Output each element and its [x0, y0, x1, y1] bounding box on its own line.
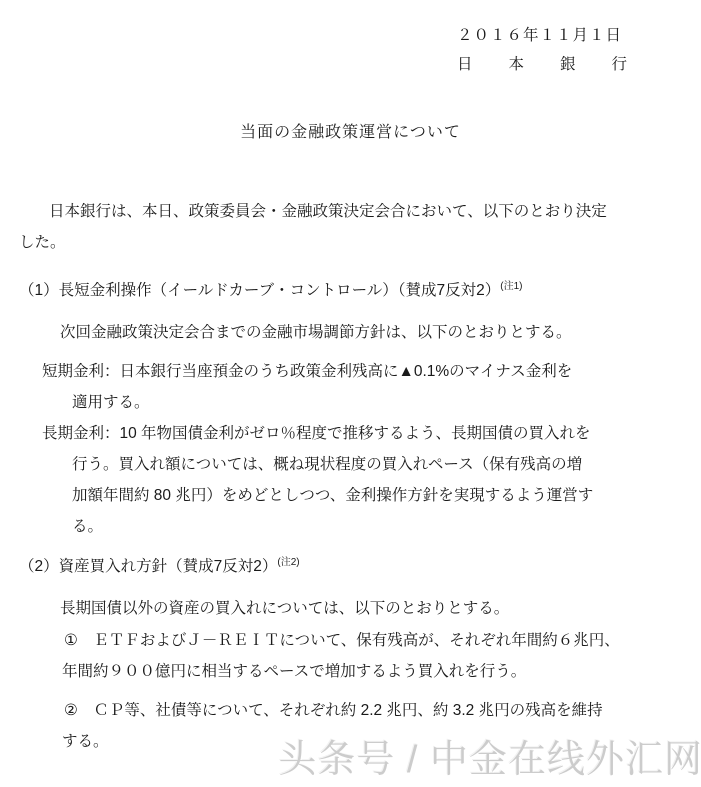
- section1-footnote-ref: (注1): [500, 281, 522, 292]
- short-rate-line-2: 適用する。: [19, 387, 701, 418]
- issuer-name: 日 本 銀 行: [457, 55, 627, 75]
- item2-line-1: ② ＣＰ等、社債等について、それぞれ約 2.2 兆円、約 3.2 兆円の残高を維…: [19, 695, 701, 726]
- section2-heading-text: （2）資産買入れ方針（賛成7反対2）: [19, 558, 277, 575]
- short-rate-line-1: 短期金利：日本銀行当座預金のうち政策金利残高に▲0.1%のマイナス金利を: [19, 356, 701, 387]
- issuer-char: 行: [611, 55, 627, 75]
- intro-line-1: 日本銀行は、本日、政策委員会・金融政策決定会合において、以下のとおり決定: [19, 196, 701, 227]
- issuer-char: 日: [457, 55, 473, 75]
- section2-heading: （2）資産買入れ方針（賛成7反対2）(注2): [19, 551, 701, 584]
- section2-footnote-ref: (注2): [277, 557, 299, 568]
- item1-line-2: 年間約９００億円に相当するペースで増加するよう買入れを行う。: [19, 656, 701, 687]
- long-rate-line-3: 加額年間約 80 兆円）をめどとしつつ、金利操作方針を実現するよう運営す: [19, 480, 701, 511]
- document-title: 当面の金融政策運営について: [0, 121, 701, 145]
- item1-line-1: ① ＥＴＦおよびＪ－ＲＥＩＴについて、保有残高が、それぞれ年間約６兆円、: [19, 625, 701, 656]
- document-date: ２０１６年１１月１日: [457, 26, 627, 46]
- long-rate-line-1: 長期金利：10 年物国債金利がゼロ％程度で推移するよう、長期国債の買入れを: [19, 418, 701, 449]
- section1-heading: （1）長短金利操作（イールドカーブ・コントロール）（賛成7反対2）(注1): [19, 275, 701, 308]
- issuer-char: 銀: [560, 55, 576, 75]
- section1-lead: 次回金融政策決定会合までの金融市場調節方針は、以下のとおりとする。: [19, 317, 701, 348]
- issuer-char: 本: [508, 55, 524, 75]
- long-rate-line-2: 行う。買入れ額については、概ね現状程度の買入れペース（保有残高の増: [19, 449, 701, 480]
- intro-line-2: した。: [19, 227, 701, 258]
- section1-heading-text: （1）長短金利操作（イールドカーブ・コントロール）（賛成7反対2）: [19, 282, 500, 299]
- long-rate-line-4: る。: [19, 511, 701, 542]
- site-watermark: 头条号 / 中金在线外汇网: [278, 736, 701, 784]
- section2-lead: 長期国債以外の資産の買入れについては、以下のとおりとする。: [19, 593, 701, 624]
- document-header: ２０１６年１１月１日 日 本 銀 行: [457, 26, 627, 75]
- document-body: 日本銀行は、本日、政策委員会・金融政策決定会合において、以下のとおり決定 した。…: [19, 196, 701, 757]
- document-page: ２０１６年１１月１日 日 本 銀 行 当面の金融政策運営について 日本銀行は、本…: [0, 0, 701, 787]
